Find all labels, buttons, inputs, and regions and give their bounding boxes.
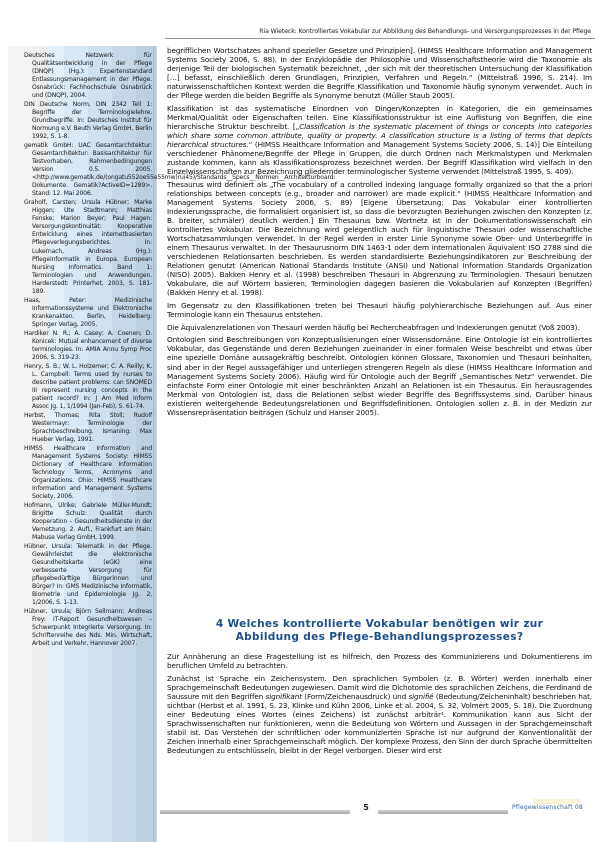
- reference-item: Deutsches Netzwerk für Qualitätsentwickl…: [24, 52, 152, 100]
- paragraph-polyhierarchy: Im Gegensatz zu den Klassifikationen tre…: [167, 301, 592, 319]
- footer-rule-right: [378, 810, 508, 814]
- running-header: Ria Wieteck: Kontrolliertes Vokabular zu…: [165, 27, 595, 39]
- section-body-text: Zur Annäherung an diese Fragestellung is…: [167, 652, 592, 759]
- reference-item: Hardiker N. R.; A. Casey; A. Coenen; D. …: [24, 330, 152, 362]
- reference-item: gematik GmbH: UAC Gesamtarchitektur: Ges…: [24, 142, 152, 198]
- references-list: Deutsches Netzwerk für Qualitätsentwickl…: [24, 52, 152, 649]
- reference-item: HIMSS Healthcare Information and Managem…: [24, 445, 152, 501]
- paragraph-thesaurus: Thesaurus wird definiert als „The vocabu…: [167, 180, 592, 298]
- reference-item: Graholf, Carsten; Ursula Hübner; Marke H…: [24, 199, 152, 296]
- paragraph-classification: Klassifikation ist das systematische Ein…: [167, 104, 592, 176]
- reference-item: DIN Deutsche Norm, DIN 2342 Teil 1: Begr…: [24, 101, 152, 141]
- section-heading: 4 Welches kontrollierte Vokabular benöti…: [167, 618, 592, 644]
- sidebar-edge: [153, 46, 157, 842]
- reference-item: Hofmann, Ulrike; Gabriele Müller-Mundt; …: [24, 502, 152, 542]
- reference-item: Henry, S. B.; W. L. Holzemer; C. A. Reil…: [24, 363, 152, 411]
- reference-item: Herbst, Thomas; Rita Stoll; Rudolf Weste…: [24, 412, 152, 444]
- page-number: 5: [358, 803, 374, 812]
- main-body-text: begrifflichen Wortschatzes anhand spezie…: [167, 46, 592, 420]
- footer-rule-left: [160, 810, 350, 814]
- paragraph-equivalence: Die Äquivalenzrelationen von Thesauri we…: [167, 323, 592, 332]
- reference-item: Haas, Peter: Medizinische Informationssy…: [24, 297, 152, 329]
- paragraph-sign-system: Zunächst ist Sprache ein Zeichensystem. …: [167, 674, 592, 755]
- reference-item: Hübner, Ursula; Björn Sellmann; Andreas …: [24, 608, 152, 648]
- journal-name: Pflegewissenschaft 08: [512, 804, 592, 811]
- paragraph-approach: Zur Annäherung an diese Fragestellung is…: [167, 652, 592, 670]
- paragraph-taxonomy: begrifflichen Wortschatzes anhand spezie…: [167, 46, 592, 100]
- reference-item: Hübner, Ursula: Telematik in der Pflege.…: [24, 543, 152, 607]
- paragraph-ontology: Ontologien sind Beschreibungen von Konze…: [167, 335, 592, 416]
